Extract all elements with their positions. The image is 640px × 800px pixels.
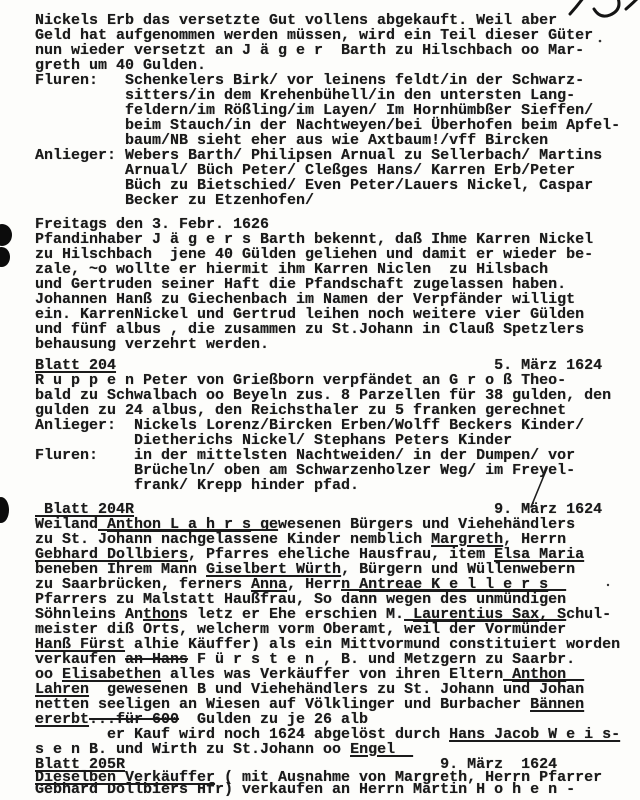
text-line: ererbt...für 600 Gulden zu je 26 alb	[35, 712, 640, 727]
text-line: Nickels Erb das versetzte Gut vollens ab…	[35, 13, 640, 28]
text-segment: Becker zu Etzenhofen/	[35, 192, 314, 209]
text-line: greth um 40 Gulden.	[35, 58, 640, 73]
block-freitags-1626: Freitags den 3. Febr. 1626Pfandinhaber J…	[35, 217, 640, 352]
text-segment: Gebhard Dollbiers Hfr) verkaufen an Herr…	[35, 781, 575, 798]
text-line: Freitags den 3. Febr. 1626	[35, 217, 640, 232]
text-line: Hanß Fürst alhie Käuffer) als ein Mittvo…	[35, 637, 640, 652]
text-line: R u p p e n Peter von Grießborn verpfänd…	[35, 373, 640, 388]
block-blatt-204r: Blatt 204R 9. März 1624Weiland Anthon L …	[35, 502, 640, 757]
text-line: Dietherichs Nickel/ Stephans Peters Kind…	[35, 433, 640, 448]
text-line: Weiland Anthon L a h r s gewesenen Bürge…	[35, 517, 640, 532]
text-line: nun wieder versetzt an J ä g e r Barth z…	[35, 43, 640, 58]
text-line: Lahren gewesenen B und Viehehändlers zu …	[35, 682, 640, 697]
text-line: meister diß Orts, welcherm vorm Oberamt,…	[35, 622, 640, 637]
text-line: Arnual/ Büch Peter/ Cleßges Hans/ Karren…	[35, 163, 640, 178]
text-line: Becker zu Etzenhofen/	[35, 193, 640, 208]
text-line: feldern/im Rößling/im Layen/ Im Hornhümb…	[35, 103, 640, 118]
text-line: Geld hat aufgenommen werden müssen, wird…	[35, 28, 640, 43]
document-text: Nickels Erb das versetzte Gut vollens ab…	[35, 13, 640, 797]
text-line: ein. KarrenNickel und Gertrud leihen noc…	[35, 307, 640, 322]
text-line: bald zu Schwalbach oo Beyeln zus. 8 Parz…	[35, 388, 640, 403]
text-line: Brücheln/ oben am Schwarzenholzer Weg/ i…	[35, 463, 640, 478]
text-line: Pfandinhaber J ä g e r s Barth bekennt, …	[35, 232, 640, 247]
text-line: und fünf albus , die zusammen zu St.Joha…	[35, 322, 640, 337]
text-segment: Hans Jacob W e i s-	[449, 726, 620, 743]
text-line: Pfarrers zu Malstatt Haußfrau, So dann w…	[35, 592, 640, 607]
text-segment: frank/ Krepp hinder pfad.	[35, 477, 359, 494]
text-line: verkaufen an Hans F ü r s t e n , B. und…	[35, 652, 640, 667]
text-line: zu St. Johann nachgelassene Kinder nembl…	[35, 532, 640, 547]
text-line: s e n B. und Wirth zu St.Johann oo Engel	[35, 742, 640, 757]
text-line: frank/ Krepp hinder pfad.	[35, 478, 640, 493]
text-line: Söhnleins Anthons letz er Ehe erschien M…	[35, 607, 640, 622]
text-line: Johannen Hanß zu Giechenbach im Namen de…	[35, 292, 640, 307]
text-line: Fluren: Schenkelers Birk/ vor leinens fe…	[35, 73, 640, 88]
text-line: Gebhard Dollbiers Hfr) verkaufen an Herr…	[35, 784, 640, 797]
text-line: behausung verzehrt werden.	[35, 337, 640, 352]
text-line: zale, ~o wollte er hiermit ihm Karren Ni…	[35, 262, 640, 277]
text-line: gulden zu 24 albus, den Reichsthaler zu …	[35, 403, 640, 418]
text-line: beneben Ihrem Mann Giselbert Würth, Bürg…	[35, 562, 640, 577]
text-line: Büch zu Bietschied/ Even Peter/Lauers Ni…	[35, 178, 640, 193]
text-line: Fluren: in der mittelsten Nachtweiden/ i…	[35, 448, 640, 463]
scan-artifact-blob	[0, 497, 9, 523]
scan-artifact-blob	[0, 247, 10, 267]
text-line: er Kauf wird noch 1624 abgelöst durch Ha…	[35, 727, 640, 742]
text-segment: behausung verzehrt werden.	[35, 336, 269, 353]
text-line: netten seeligen an Wiesen auf Völklinger…	[35, 697, 640, 712]
text-line: Anlieger: Nickels Lorenz/Bircken Erben/W…	[35, 418, 640, 433]
block-blatt-204: Blatt 204 5. März 1624R u p p e n Peter …	[35, 358, 640, 493]
text-line: sitters/in dem Krehenbühell/in den unter…	[35, 88, 640, 103]
text-line: oo Elisabethen alles was Verkäuffer von …	[35, 667, 640, 682]
text-line: Blatt 204R 9. März 1624	[35, 502, 640, 517]
scanned-document: { "document": { "blocks": [ { "id": "int…	[0, 0, 640, 800]
document-page: Nickels Erb das versetzte Gut vollens ab…	[0, 0, 640, 800]
text-line: Gebhard Dollbiers, Pfarres eheliche Haus…	[35, 547, 640, 562]
text-line: baum/NB sieht eher aus wie Axtbaum!/vff …	[35, 133, 640, 148]
text-line: Blatt 204 5. März 1624	[35, 358, 640, 373]
text-line: zu Hilschbach jene 40 Gülden geliehen un…	[35, 247, 640, 262]
text-segment: Bännen	[530, 696, 584, 713]
text-line: zu Saarbrücken, ferners Anna, Herrn Antr…	[35, 577, 640, 592]
text-line: beim Stauch/in der Nachtweyen/bei Überho…	[35, 118, 640, 133]
scan-artifact-blob	[0, 224, 12, 246]
block-blatt-205r: Blatt 205R 9. März 1624Dieselben Verkäuf…	[35, 759, 640, 797]
text-line: und Gertruden seiner Haft die Pfandschaf…	[35, 277, 640, 292]
text-line: Anlieger: Webers Barth/ Philipsen Arnual…	[35, 148, 640, 163]
block-intro: Nickels Erb das versetzte Gut vollens ab…	[35, 13, 640, 208]
